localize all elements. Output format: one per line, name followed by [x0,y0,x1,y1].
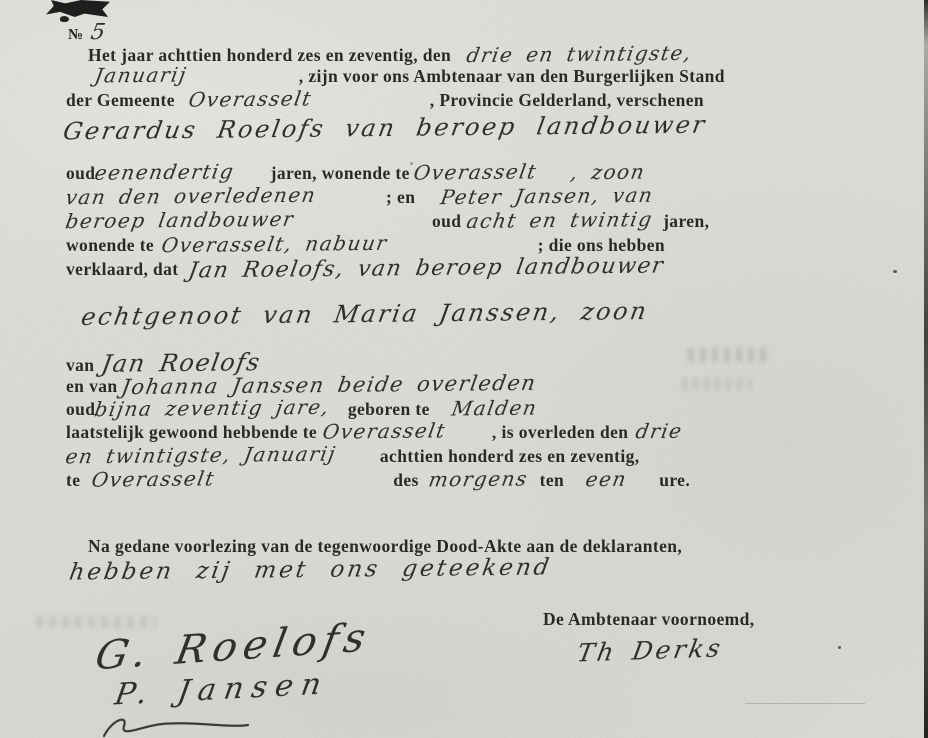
handwritten-hour: een [584,467,629,491]
act-line-mother: en vanJohanna Janssen beide overleden [66,373,536,397]
printed-text: en van [66,376,118,396]
handwritten-place: Overasselt, nabuur [160,231,390,257]
printed-text: laatstelijk gewoond hebbende te [66,422,317,442]
handwritten-age: acht en twintig [465,207,655,233]
handwritten-death-day: drie [634,419,685,443]
bleed-through-smudge [682,378,752,390]
handwritten-declarant1: Gerardus Roelofs van beroep landbouwer [61,111,709,146]
paper-scratch [745,703,865,704]
printed-text: te [66,470,80,490]
death-certificate-scan: №5 Het jaar achttien honderd zes en zeve… [0,0,928,738]
printed-text: Na gedane voorlezing van de tegenwoordig… [88,536,682,556]
declarant-signature-1: G. Roelofs [98,624,369,670]
closing-script-line: hebben zij met ons geteekend [70,557,551,583]
act-line-death-time: teOverasseltdesmorgensteneenure. [66,467,690,491]
handwritten-time-of-day: morgens [427,466,530,491]
printed-text: ; en [386,187,415,207]
act-line-declarant2-residence: wonende teOverasselt, nabuur; die ons he… [66,232,665,256]
handwritten-place: Overasselt [412,159,539,184]
handwritten-deceased: Jan Roelofs, van beroep landbouwer [186,254,666,284]
official-signature: Th Derks [578,636,723,665]
printed-text: De Ambtenaar voornoemd, [543,609,755,629]
printed-text: ure. [659,470,690,490]
handwritten-place: Overasselt [321,418,448,443]
official-title: De Ambtenaar voornoemd, [543,609,755,630]
bleed-through-smudge [688,348,768,362]
act-line-declarant2-occupation: beroep landbouweroudacht en twintigjaren… [66,208,709,232]
declarant-signature-2: P. Jansen [116,672,328,707]
printed-text: jaren, wonende te [271,163,410,183]
printed-text: , zijn voor ons Ambtenaar van den Burger… [299,66,725,86]
signature-official: Th Derks [575,633,726,667]
act-line-death-date: en twintigste, Januarijachttien honderd … [66,443,640,467]
handwritten-occupation: beroep landbouwer [64,207,296,233]
partial-signature-stroke [98,712,308,738]
handwritten-relation: van den overledenen [64,183,318,210]
printed-text: jaren, [663,211,709,231]
handwritten-place: Overasselt [90,466,217,491]
handwritten-month: Januarij [93,63,189,88]
printed-text: oud [66,399,95,419]
handwritten-closing: hebben zij met ons geteekend [67,554,553,585]
handwritten-age: eenendertig [93,159,236,184]
act-line-municipality: der GemeenteOverasselt, Provincie Gelder… [66,87,704,111]
act-line-declarant2-start: van den overledenen; enPeter Jansen, van [66,184,654,208]
act-line-declarant1-age: oudeenendertigjaren, wonende teOverassel… [66,160,645,184]
ink-blot-top-left [46,0,110,17]
signature-declarant2: P. Jansen [112,666,332,712]
printed-text: geboren te [348,399,430,419]
handwritten-declarant2: Peter Jansen, van [439,183,656,209]
act-line-spouse: echtgenoot van Maria Janssen, zoon [82,300,648,328]
printed-text: ; die ons hebben [538,235,665,255]
printed-text: verklaard, dat [66,259,179,279]
act-line-month: Januarij, zijn voor ons Ambtenaar van de… [95,63,725,87]
act-line-deceased-name: verklaard, datJan Roelofs, van beroep la… [66,256,663,281]
handwritten-birthplace: Malden [450,396,539,421]
ink-speck [893,270,897,273]
handwritten-spouse: echtgenoot van Maria Janssen, zoon [79,297,650,331]
printed-text: des [393,470,419,490]
ink-speck [838,646,841,649]
printed-text: der Gemeente [66,90,175,110]
printed-text: , is overleden den [492,422,629,442]
printed-text: ten [540,470,565,490]
act-line-deceased-age: oudbijna zeventig jare,geboren teMalden [66,396,537,420]
printed-text: achttien honderd zes en zeventig, [380,446,640,466]
printed-text: oud [66,163,95,183]
printed-text: , Provincie Gelderland, verschenen [430,90,704,110]
printed-text: wonende te [66,235,154,255]
handwritten-place: Overasselt [187,86,314,111]
act-number-label: № [68,27,84,43]
handwritten-death-date: en twintigste, Januarij [64,442,338,469]
closing-statement: Na gedane voorlezing van de tegenwoordig… [88,536,682,557]
printed-text: van [66,355,94,375]
handwritten-age: bijna zeventig jare, [93,395,332,421]
act-line-last-residence: laatstelijk gewoond hebbende teOverassel… [66,419,683,443]
act-line-declarant1-name: Gerardus Roelofs van beroep landbouwer [64,114,706,142]
handwritten-relation: , zoon [569,160,647,185]
printed-text: oud [432,211,461,231]
page-edge-shadow-right [924,0,928,738]
signature-declarant1: G. Roelofs [92,615,375,680]
